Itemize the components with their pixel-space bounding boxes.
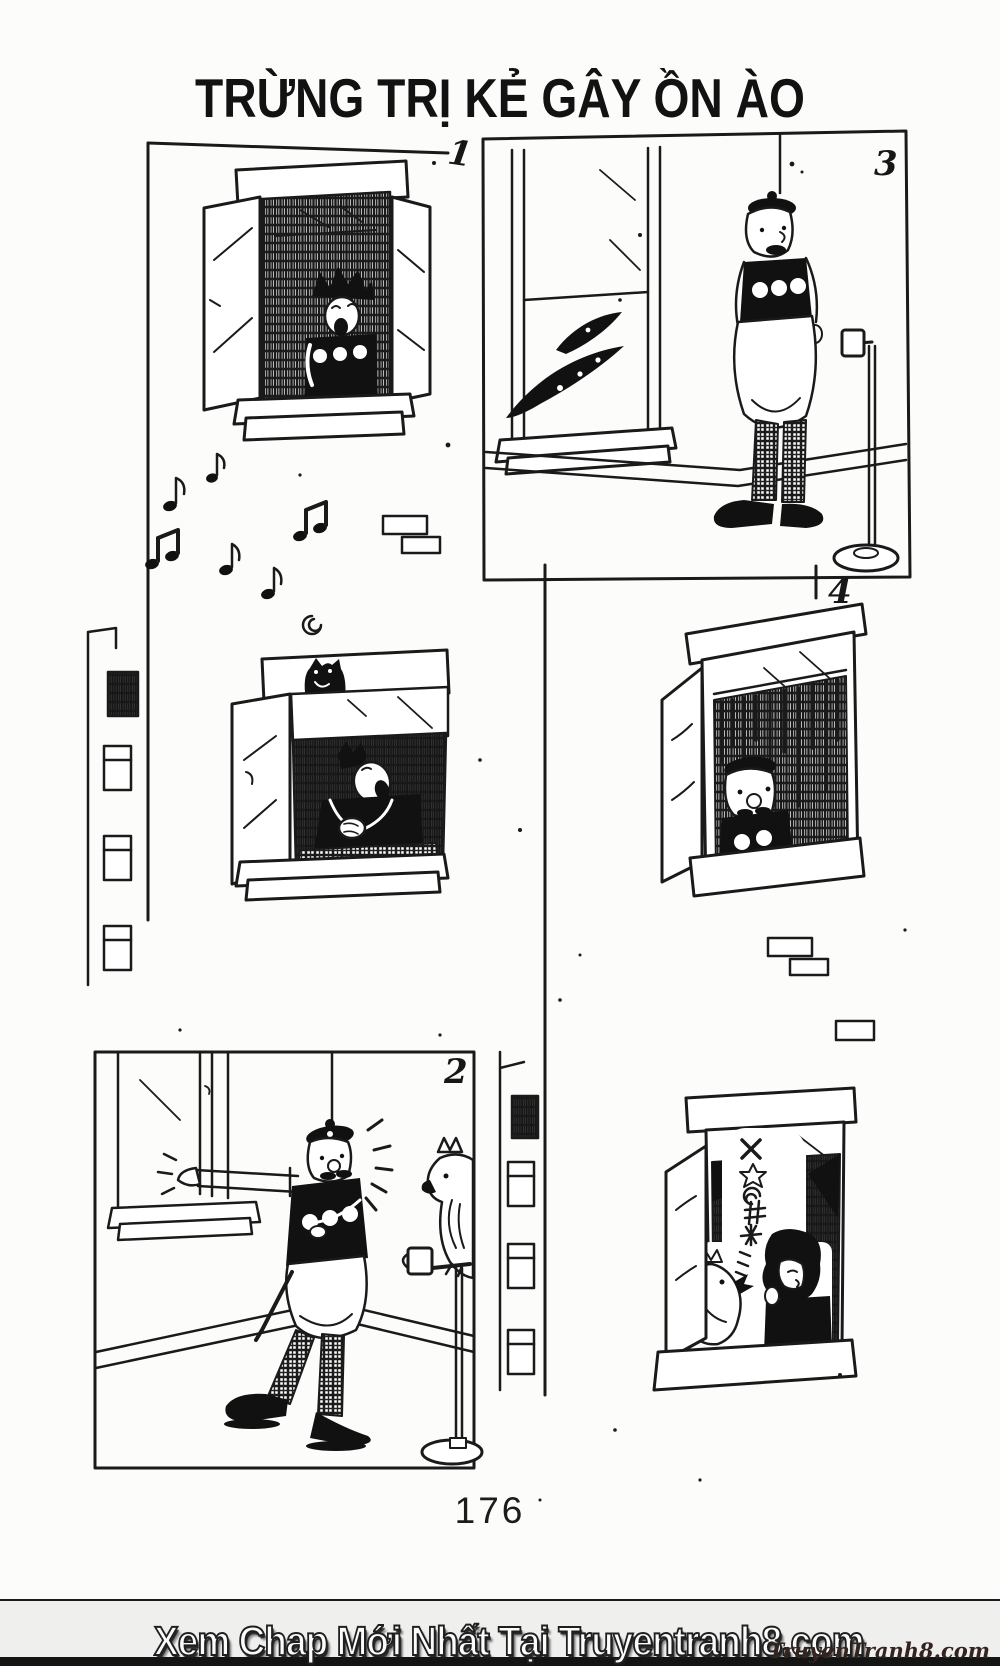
right-building-facade (500, 1052, 538, 1390)
panel-2-number: 2 (444, 1052, 468, 1092)
parrot-on-stand (403, 1138, 482, 1464)
window5-parrot-scolding (654, 1088, 856, 1390)
comic-line-art (0, 0, 1000, 1666)
music-notes-icon (144, 454, 328, 634)
panel2-room-scene (95, 1052, 482, 1468)
page-title: TRỪNG TRỊ KẺ GÂY ỒN ÀO (172, 66, 827, 130)
window2-singer-scene (232, 650, 449, 900)
page-number: 176 (430, 1490, 550, 1532)
footer-watermark: TruyenTranh8.com (768, 1638, 990, 1663)
left-building-facade (88, 628, 138, 985)
footer-banner: Xem Chap Mới Nhất Tại Truyentranh8.com T… (0, 1599, 1000, 1666)
panel-4-number: 4 (828, 572, 852, 612)
panel3-room-scene (483, 131, 910, 580)
surprise-lines-icon (366, 1120, 392, 1210)
swirl-icon (303, 616, 321, 634)
footer-promo-text: Xem Chap Mới Nhất Tại Truyentranh8.com (154, 1618, 766, 1665)
panel4-window-butler (662, 566, 866, 896)
butler-standing (714, 191, 823, 528)
comic-page: TRỪNG TRỊ KẺ GÂY ỒN ÀO 1 3 4 2 176 Xem C… (0, 0, 1000, 1666)
panel-3-number: 3 (874, 144, 898, 184)
butler-reaching (158, 1119, 392, 1451)
panel1-window-singer (204, 161, 430, 440)
